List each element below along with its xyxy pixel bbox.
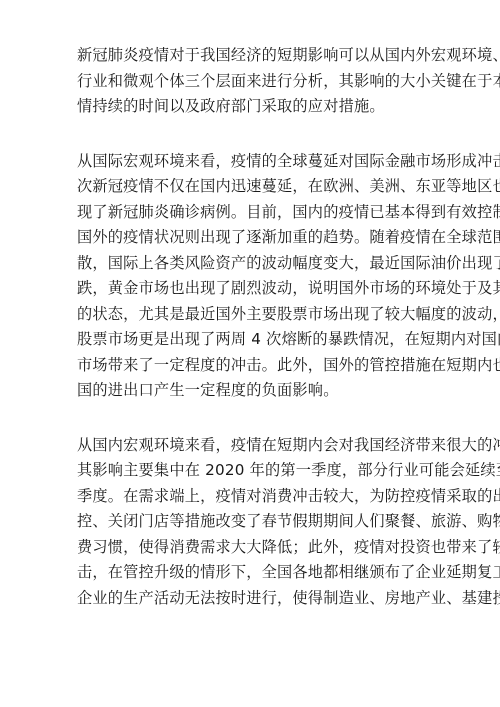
text-line: 跌，黄金市场也出现了剧烈波动，说明国外市场的环境处于及其不稳定 bbox=[77, 276, 437, 302]
text-line: 新冠肺炎疫情对于我国经济的短期影响可以从国内外宏观环境、中观 bbox=[77, 43, 437, 69]
text-line: 情持续的时间以及政府部门采取的应对措施。 bbox=[77, 94, 437, 120]
text-line: 的状态，尤其是最近国外主要股票市场出现了较大幅度的波动， 美国 bbox=[77, 302, 437, 328]
text-line: 从国际宏观环境来看，疫情的全球蔓延对国际金融市场形成冲击。此 bbox=[77, 149, 437, 175]
paragraph-intro: 新冠肺炎疫情对于我国经济的短期影响可以从国内外宏观环境、中观 行业和微观个体三个… bbox=[77, 43, 437, 120]
text-line: 控、关闭门店等措施改变了春节假期期间人们聚餐、旅游、购物的消 bbox=[77, 509, 437, 535]
text-line: 次新冠疫情不仅在国内迅速蔓延，在欧洲、美洲、东亚等地区也相继出 bbox=[77, 174, 437, 200]
paragraph-domestic: 从国内宏观环境来看，疫情在短期内会对我国经济带来很大的冲击， 其影响主要集中在 … bbox=[77, 433, 437, 612]
paragraph-international: 从国际宏观环境来看，疫情的全球蔓延对国际金融市场形成冲击。此 次新冠疫情不仅在国… bbox=[77, 149, 437, 404]
text-line: 散，国际上各类风险资产的波动幅度变大，最近国际油价出现了大幅下 bbox=[77, 251, 437, 277]
text-line: 费习惯，使得消费需求大大降低；此外，疫情对投资也带来了较大冲 bbox=[77, 535, 437, 561]
text-line: 季度。在需求端上，疫情对消费冲击较大，为防控疫情采取的出行管 bbox=[77, 484, 437, 510]
text-line: 股票市场更是出现了两周 4 次熔断的暴跌情况，在短期内对国内相关 bbox=[77, 327, 437, 353]
text-line: 国外的疫情状况则出现了逐渐加重的趋势。随着疫情在全球范围的扩 bbox=[77, 225, 437, 251]
text-line: 从国内宏观环境来看，疫情在短期内会对我国经济带来很大的冲击， bbox=[77, 433, 437, 459]
text-line: 击，在管控升级的情形下，全国各地都相继颁布了企业延期复工的通知， bbox=[77, 560, 437, 586]
document-body: 新冠肺炎疫情对于我国经济的短期影响可以从国内外宏观环境、中观 行业和微观个体三个… bbox=[77, 43, 437, 640]
text-line: 其影响主要集中在 2020 年的第一季度，部分行业可能会延续至第二 bbox=[77, 458, 437, 484]
text-line: 企业的生产活动无法按时进行，使得制造业、房地产业、基建投 bbox=[77, 586, 437, 612]
text-line: 国的进出口产生一定程度的负面影响。 bbox=[77, 378, 437, 404]
text-line: 现了新冠肺炎确诊病例。目前，国内的疫情已基本得到有效控制， bbox=[77, 200, 437, 226]
text-line: 市场带来了一定程度的冲击。此外，国外的管控措施在短期内也会对我 bbox=[77, 353, 437, 379]
text-line: 行业和微观个体三个层面来进行分析，其影响的大小关键在于本次疫 bbox=[77, 69, 437, 95]
